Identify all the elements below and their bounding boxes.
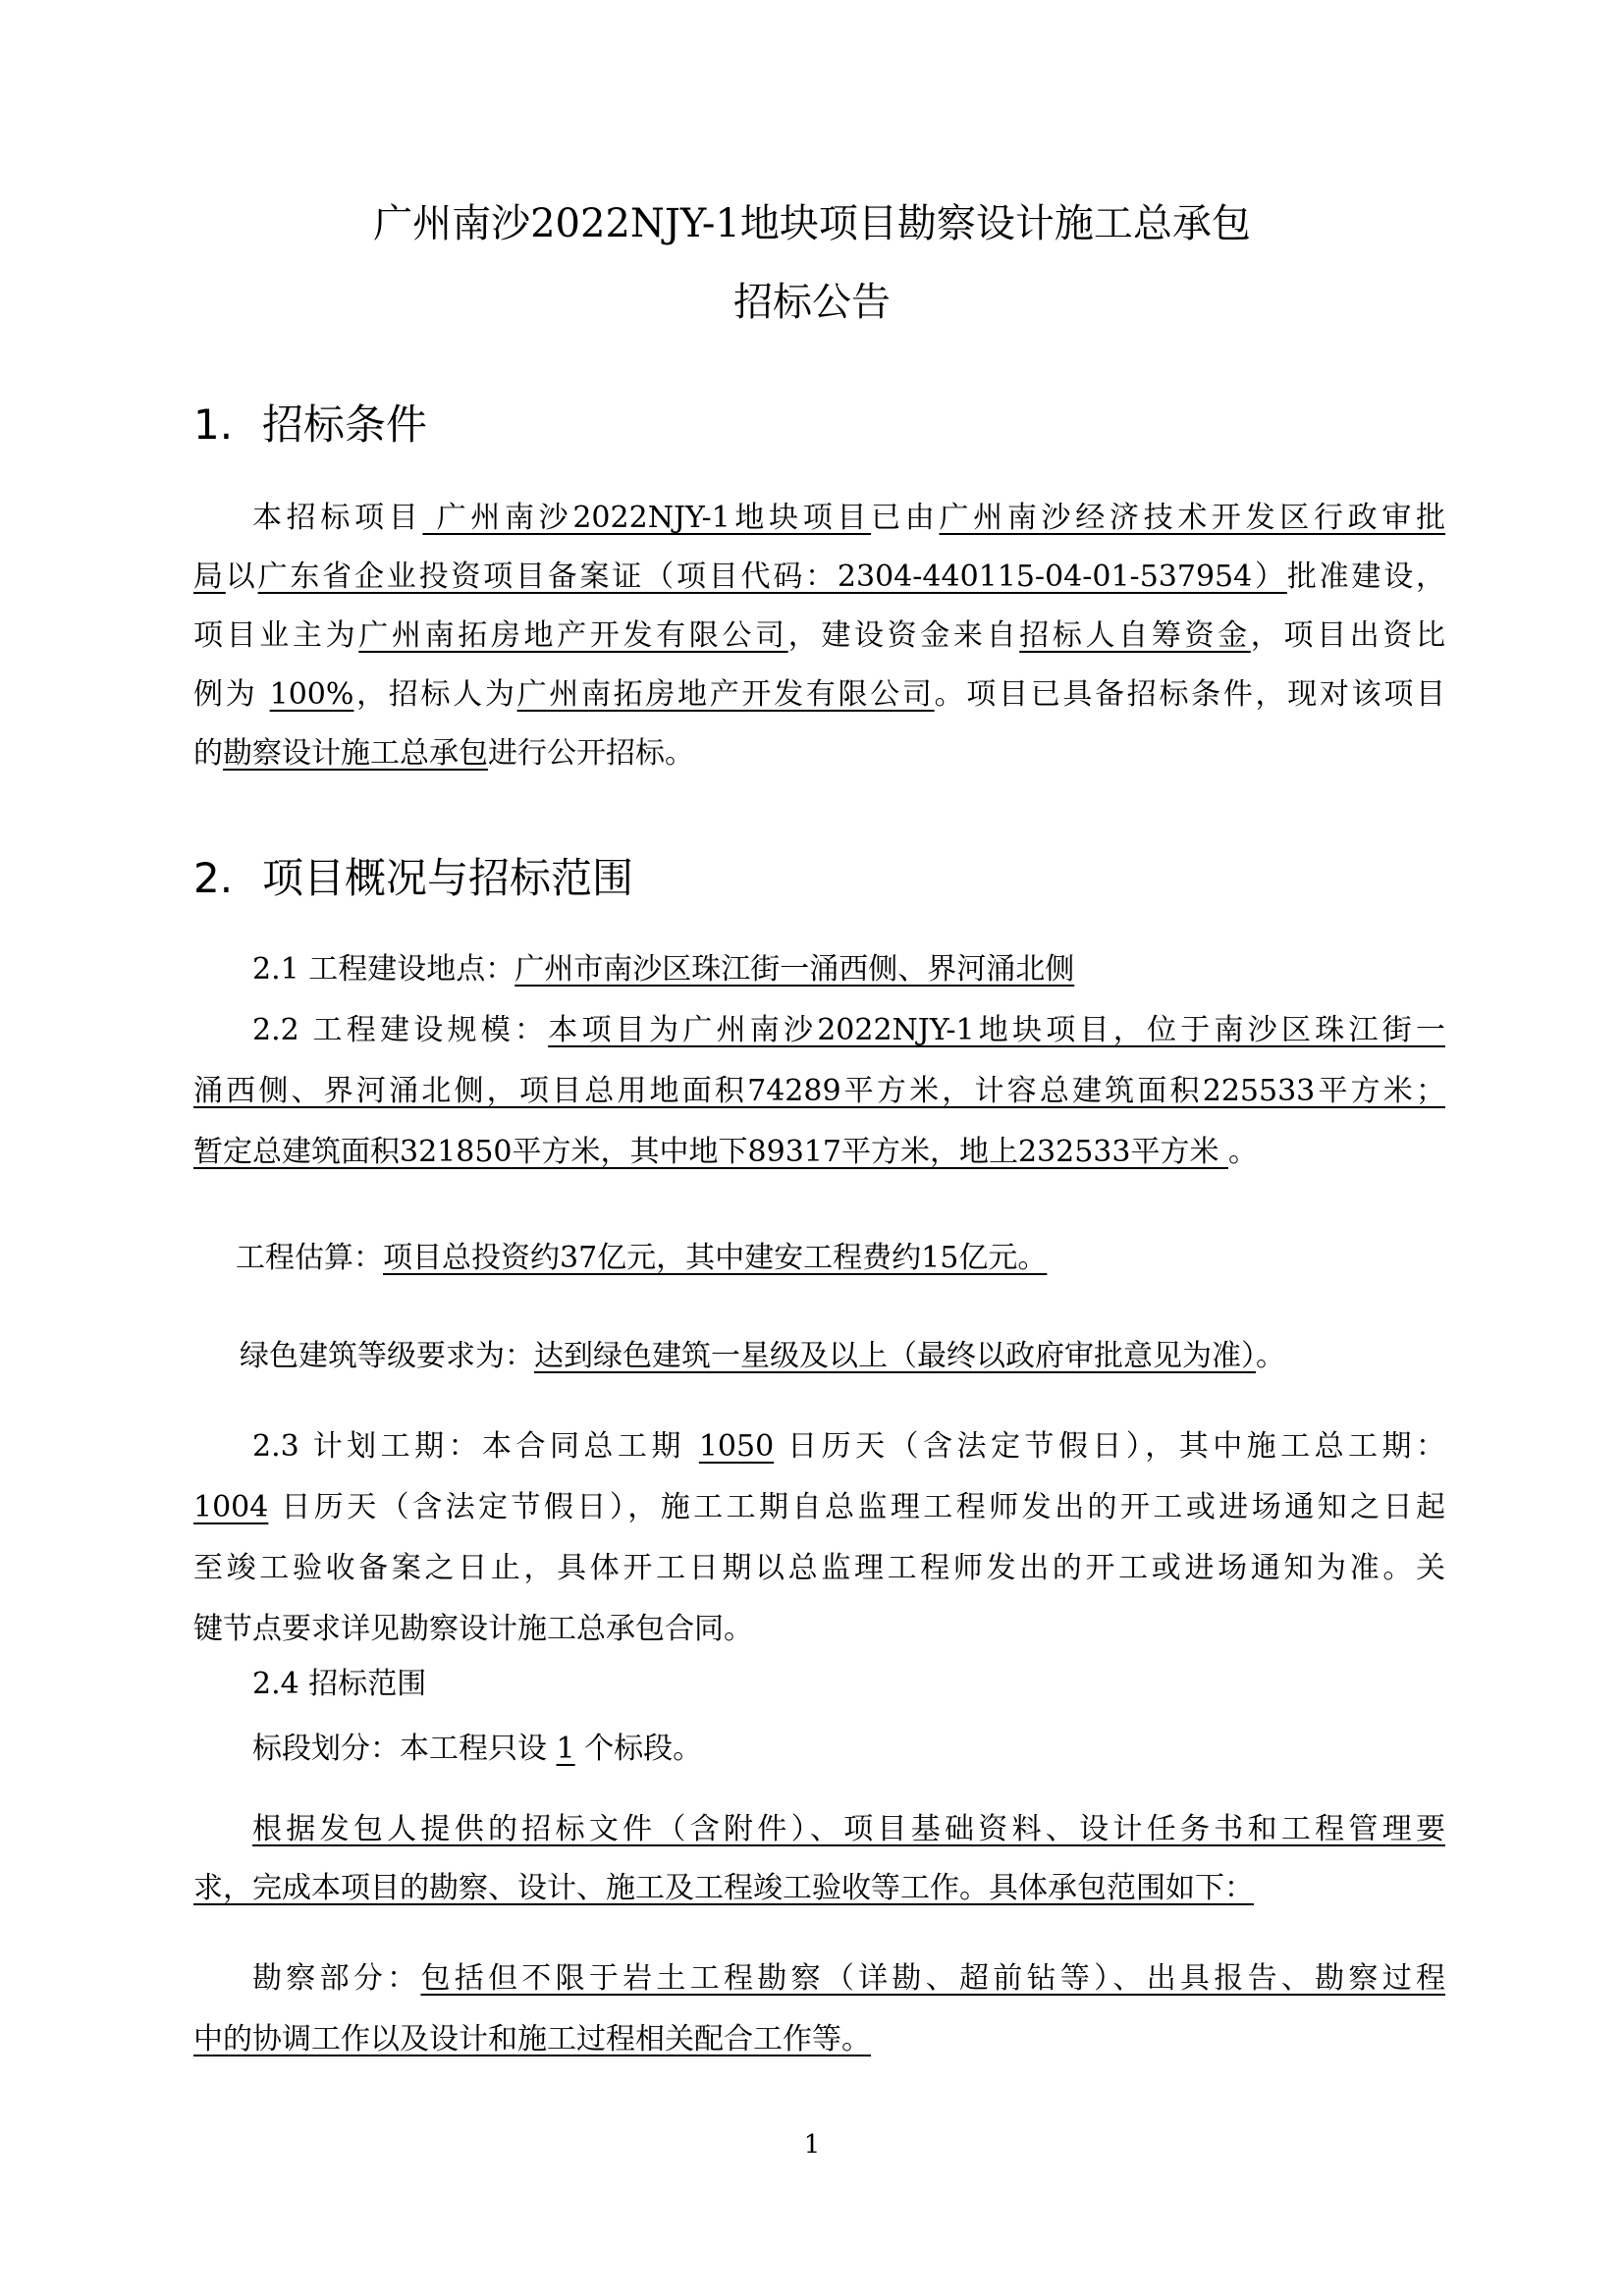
text-run: 。 <box>1256 1339 1285 1373</box>
underlined-fill-text: 广州南拓房地产开发有限公司 <box>358 618 787 653</box>
text-run: ，建设资金来自 <box>788 618 1020 653</box>
item-2-1-location: 2.1 工程建设地点：广州市南沙区珠江街一涌西侧、界河涌北侧 <box>252 944 1445 988</box>
text-run: 2.3 计划工期：本合同总工期 <box>252 1429 699 1464</box>
underlined-fill-text: 1 <box>557 1732 575 1766</box>
paragraph-line: 的勘察设计施工总承包进行公开招标。 <box>193 728 1445 772</box>
underlined-fill-text: 中的协调工作以及设计和施工过程相关配合工作等。 <box>193 2022 871 2056</box>
paragraph-line: 1004 日历天（含法定节假日），施工工期自总监理工程师发出的开工或进场通知之日… <box>193 1482 1445 1525</box>
underlined-fill-text: 广东省企业投资项目备案证（项目代码：2304-440115-04-01-5379… <box>258 560 1287 594</box>
text-run: 工程估算： <box>236 1241 383 1275</box>
section-title: 项目概况与招标范围 <box>262 854 633 902</box>
underlined-fill-text: 求，完成本项目的勘察、设计、施工及工程竣工验收等工作。具体承包范围如下： <box>193 1871 1254 1905</box>
paragraph-line: 本招标项目 广州南沙2022NJY-1地块项目已由广州南沙经济技术开发区行政审批 <box>252 493 1445 536</box>
text-run: 的 <box>193 736 223 771</box>
section-title: 招标条件 <box>262 400 427 449</box>
text-run: 项目业主为 <box>193 618 358 653</box>
document-subtitle: 招标公告 <box>0 271 1624 327</box>
underlined-fill-text: 涌西侧、界河涌北侧，项目总用地面积74289平方米，计容总建筑面积225533平… <box>193 1074 1445 1108</box>
underlined-fill-text: 广州南拓房地产开发有限公司 <box>517 677 935 712</box>
underlined-fill-text: 局 <box>193 560 226 594</box>
text-run: 进行公开招标。 <box>488 736 694 771</box>
paragraph-line: 至竣工验收备案之日止，具体开工日期以总监理工程师发出的开工或进场通知为准。关 <box>193 1543 1445 1586</box>
green-building-requirement: 绿色建筑等级要求为：达到绿色建筑一星级及以上（最终以政府审批意见为准）。 <box>240 1331 1433 1374</box>
section-2-heading: 2.项目概况与招标范围 <box>193 846 633 905</box>
underlined-fill-text: 广州南沙2022NJY-1地块项目 <box>422 501 871 535</box>
underlined-fill-text: 广州南沙经济技术开发区行政审批 <box>939 501 1445 535</box>
text-run: 本招标项目 <box>252 501 422 535</box>
underlined-fill-text: 广州市南沙区珠江街一涌西侧、界河涌北侧 <box>514 952 1074 987</box>
text-run: 绿色建筑等级要求为： <box>240 1339 534 1373</box>
text-run: 。 <box>1228 1135 1258 1169</box>
text-run: 标段划分：本工程只设 <box>252 1732 557 1766</box>
page-number: 1 <box>0 2130 1624 2160</box>
paragraph-line: 涌西侧、界河涌北侧，项目总用地面积74289平方米，计容总建筑面积225533平… <box>193 1066 1445 1109</box>
paragraph-line: 键节点要求详见勘察设计施工总承包合同。 <box>193 1604 1445 1647</box>
underlined-fill-text: 暂定总建筑面积321850平方米，其中地下89317平方米，地上232533平方… <box>193 1135 1228 1169</box>
document-title: 广州南沙2022NJY-1地块项目勘察设计施工总承包 <box>0 192 1624 248</box>
paragraph-line: 暂定总建筑面积321850平方米，其中地下89317平方米，地上232533平方… <box>193 1127 1445 1170</box>
survey-scope: 勘察部分：包括但不限于岩土工程勘察（详勘、超前钻等）、出具报告、勘察过程 <box>252 1953 1445 1997</box>
text-run: 勘察部分： <box>252 1961 420 1996</box>
underlined-fill-text: 100% <box>270 677 354 712</box>
underlined-fill-text: 本项目为广州南沙2022NJY-1地块项目，位于南沙区珠江街一 <box>548 1013 1445 1047</box>
cost-estimate: 工程估算：项目总投资约37亿元，其中建安工程费约15亿元。 <box>236 1233 1429 1276</box>
lot-division: 标段划分：本工程只设 1 个标段。 <box>252 1724 1445 1767</box>
text-run: 键节点要求详见勘察设计施工总承包合同。 <box>193 1612 753 1646</box>
text-run: 已由 <box>871 501 939 535</box>
text-run: 2.2 工程建设规模： <box>252 1013 548 1047</box>
text-run: 2.1 工程建设地点： <box>252 952 514 987</box>
text-run: 日历天（含法定节假日），其中施工总工期： <box>774 1429 1445 1464</box>
section-1-heading: 1.招标条件 <box>193 393 427 452</box>
paragraph-line: 中的协调工作以及设计和施工过程相关配合工作等。 <box>193 2014 1445 2057</box>
underlined-fill-text: 1050 <box>699 1429 774 1464</box>
item-2-3-schedule: 2.3 计划工期：本合同总工期 1050 日历天（含法定节假日），其中施工总工期… <box>252 1421 1445 1465</box>
underlined-fill-text: 项目总投资约37亿元，其中建安工程费约15亿元。 <box>383 1241 1047 1275</box>
underlined-fill-text: 勘察设计施工总承包 <box>223 736 488 771</box>
scope-paragraph: 根据发包人提供的招标文件（含附件）、项目基础资料、设计任务书和工程管理要 <box>252 1804 1445 1847</box>
section-number: 1. <box>193 400 262 449</box>
item-2-2-scale: 2.2 工程建设规模：本项目为广州南沙2022NJY-1地块项目，位于南沙区珠江… <box>252 1005 1445 1048</box>
item-2-4-heading: 2.4 招标范围 <box>252 1659 1445 1702</box>
text-run: 。项目已具备招标条件，现对该项目 <box>935 677 1445 712</box>
underlined-fill-text: 招标人自筹资金 <box>1019 618 1251 653</box>
underlined-fill-text: 根据发包人提供的招标文件（含附件）、项目基础资料、设计任务书和工程管理要 <box>252 1812 1445 1846</box>
underlined-fill-text: 1004 <box>193 1490 268 1524</box>
text-run: 以 <box>226 560 258 594</box>
paragraph-line: 例为 100%，招标人为广州南拓房地产开发有限公司。项目已具备招标条件，现对该项… <box>193 669 1445 713</box>
paragraph-line: 项目业主为广州南拓房地产开发有限公司，建设资金来自招标人自筹资金，项目出资比 <box>193 611 1445 654</box>
text-run: ，招标人为 <box>353 677 516 712</box>
text-run: 日历天（含法定节假日），施工工期自总监理工程师发出的开工或进场通知之日起 <box>268 1490 1445 1524</box>
text-run: 例为 <box>193 677 270 712</box>
underlined-fill-text: 达到绿色建筑一星级及以上（最终以政府审批意见为准） <box>534 1339 1256 1373</box>
underlined-fill-text: 包括但不限于岩土工程勘察（详勘、超前钻等）、出具报告、勘察过程 <box>420 1961 1445 1996</box>
paragraph-line: 局以广东省企业投资项目备案证（项目代码：2304-440115-04-01-53… <box>193 552 1445 595</box>
paragraph-line: 求，完成本项目的勘察、设计、施工及工程竣工验收等工作。具体承包范围如下： <box>193 1863 1445 1906</box>
text-run: 批准建设， <box>1287 560 1445 594</box>
text-run: ，项目出资比 <box>1251 618 1445 653</box>
text-run: 至竣工验收备案之日止，具体开工日期以总监理工程师发出的开工或进场通知为准。关 <box>193 1551 1445 1585</box>
text-run: 个标段。 <box>575 1732 703 1766</box>
section-number: 2. <box>193 854 262 902</box>
